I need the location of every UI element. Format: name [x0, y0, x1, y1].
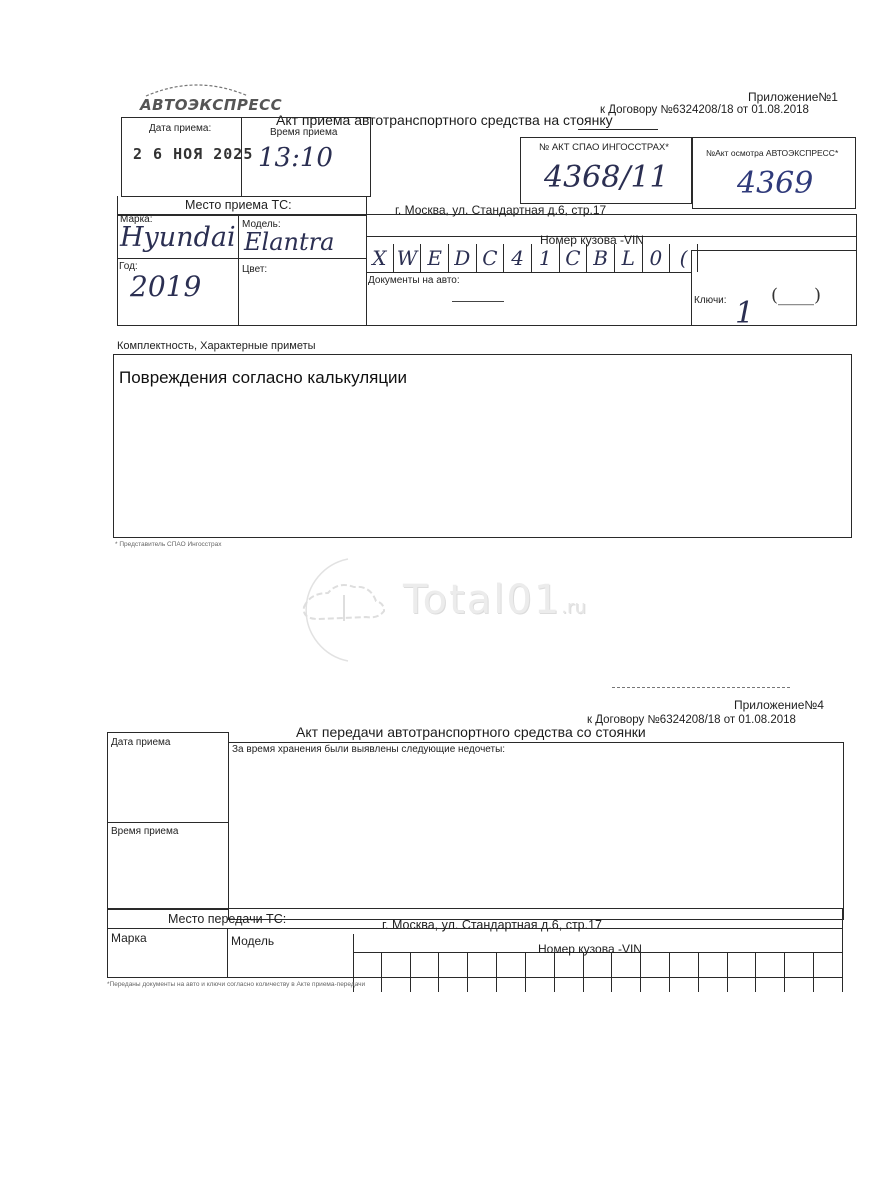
divider — [238, 214, 239, 326]
autoexpress-logo: АВТОЭКСПРЕСС — [140, 96, 282, 114]
model-value[interactable]: Elantra — [244, 228, 334, 256]
vin-cell[interactable]: C — [560, 244, 588, 272]
watermark-suffix: .ru — [561, 597, 586, 618]
vin-cell[interactable]: B — [587, 244, 615, 272]
vin-cell[interactable]: L — [615, 244, 643, 272]
watermark-car-icon — [288, 555, 398, 665]
watermark-text: Total01 — [403, 577, 561, 623]
vin-cell[interactable]: C — [477, 244, 505, 272]
vin-cell[interactable]: D — [449, 244, 477, 272]
keys-extra: (____) — [771, 285, 821, 306]
divider — [227, 928, 228, 978]
year-value[interactable]: 2019 — [130, 270, 201, 303]
autoexpress-act-label: №Акт осмотра АВТОЭКСПРЕСС* — [706, 148, 838, 158]
ingos-act-label: № АКТ СПАО ИНГОССТРАХ* — [539, 142, 669, 153]
completeness-label: Комплектность, Характерные приметы — [117, 340, 316, 352]
vin-cell[interactable] — [785, 952, 814, 992]
logo-arc-icon — [142, 80, 252, 98]
documents-label: Документы на авто: — [368, 275, 460, 286]
vin-cell[interactable] — [468, 952, 497, 992]
form-title: Акт передачи автотранспортного средства … — [296, 724, 646, 740]
contract-reference: к Договору №6324208/18 от 01.08.2018 — [600, 104, 809, 116]
place-label: Место передачи ТС: — [168, 912, 286, 926]
vin-cell[interactable] — [756, 952, 785, 992]
vin-grid — [353, 952, 843, 992]
keys-value[interactable]: 1 — [735, 296, 754, 331]
vin-cell[interactable]: 0 — [643, 244, 671, 272]
vin-cell[interactable] — [382, 952, 411, 992]
footnote: * Представитель СПАО Ингосстрах — [115, 541, 222, 548]
cut-line — [612, 687, 790, 688]
defects-label: За время хранения были выявлены следующи… — [232, 744, 505, 755]
vin-cell[interactable]: 4 — [504, 244, 532, 272]
make-label: Марка — [111, 931, 147, 945]
vin-cell[interactable] — [584, 952, 613, 992]
vin-cell[interactable] — [612, 952, 641, 992]
vin-cell[interactable] — [814, 952, 843, 992]
vin-cell[interactable]: W — [394, 244, 422, 272]
keys-label: Ключи: — [694, 295, 727, 306]
divider — [366, 272, 691, 273]
divider — [117, 258, 366, 259]
vin-grid: XWEDC41CBL0( — [366, 244, 698, 272]
date-label: Дата приема — [111, 737, 170, 748]
vin-cell[interactable] — [497, 952, 526, 992]
date-stamp[interactable]: 2 6 НОЯ 2025 — [133, 145, 253, 163]
vin-cell[interactable] — [526, 952, 555, 992]
vin-cell[interactable]: 1 — [532, 244, 560, 272]
model-label: Модель — [231, 934, 274, 948]
color-label: Цвет: — [242, 264, 267, 275]
vin-cell[interactable]: ( — [670, 244, 698, 272]
vin-cell[interactable] — [699, 952, 728, 992]
ingos-act-value[interactable]: 4368/11 — [544, 160, 669, 195]
date-label: Дата приема: — [149, 123, 211, 134]
vin-cell[interactable] — [670, 952, 699, 992]
watermark: Total01.ru — [288, 555, 608, 665]
vin-cell[interactable] — [411, 952, 440, 992]
vin-cell[interactable]: X — [366, 244, 394, 272]
divider — [107, 822, 229, 823]
vin-cell[interactable] — [641, 952, 670, 992]
time-value[interactable]: 13:10 — [258, 143, 333, 173]
vin-cell[interactable] — [439, 952, 468, 992]
defects-box — [228, 742, 844, 920]
time-label: Время приема — [270, 127, 337, 138]
appendix-label: Приложение№4 — [734, 698, 824, 712]
place-label: Место приема ТС: — [185, 198, 292, 212]
appendix-label: Приложение№1 — [748, 90, 838, 104]
autoexpress-act-value[interactable]: 4369 — [737, 166, 813, 201]
vin-cell[interactable] — [555, 952, 584, 992]
vin-cell[interactable] — [728, 952, 757, 992]
divider — [691, 250, 856, 251]
date-time-block — [107, 732, 229, 910]
title-underline — [578, 129, 658, 130]
vin-cell[interactable]: E — [421, 244, 449, 272]
make-value[interactable]: Hyundai — [120, 222, 236, 253]
documents-value-dash[interactable] — [452, 301, 504, 302]
completeness-value[interactable]: Повреждения согласно калькуляции — [119, 368, 407, 388]
footnote: *Переданы документы на авто и ключи согл… — [107, 981, 365, 988]
time-label: Время приема — [111, 826, 178, 837]
